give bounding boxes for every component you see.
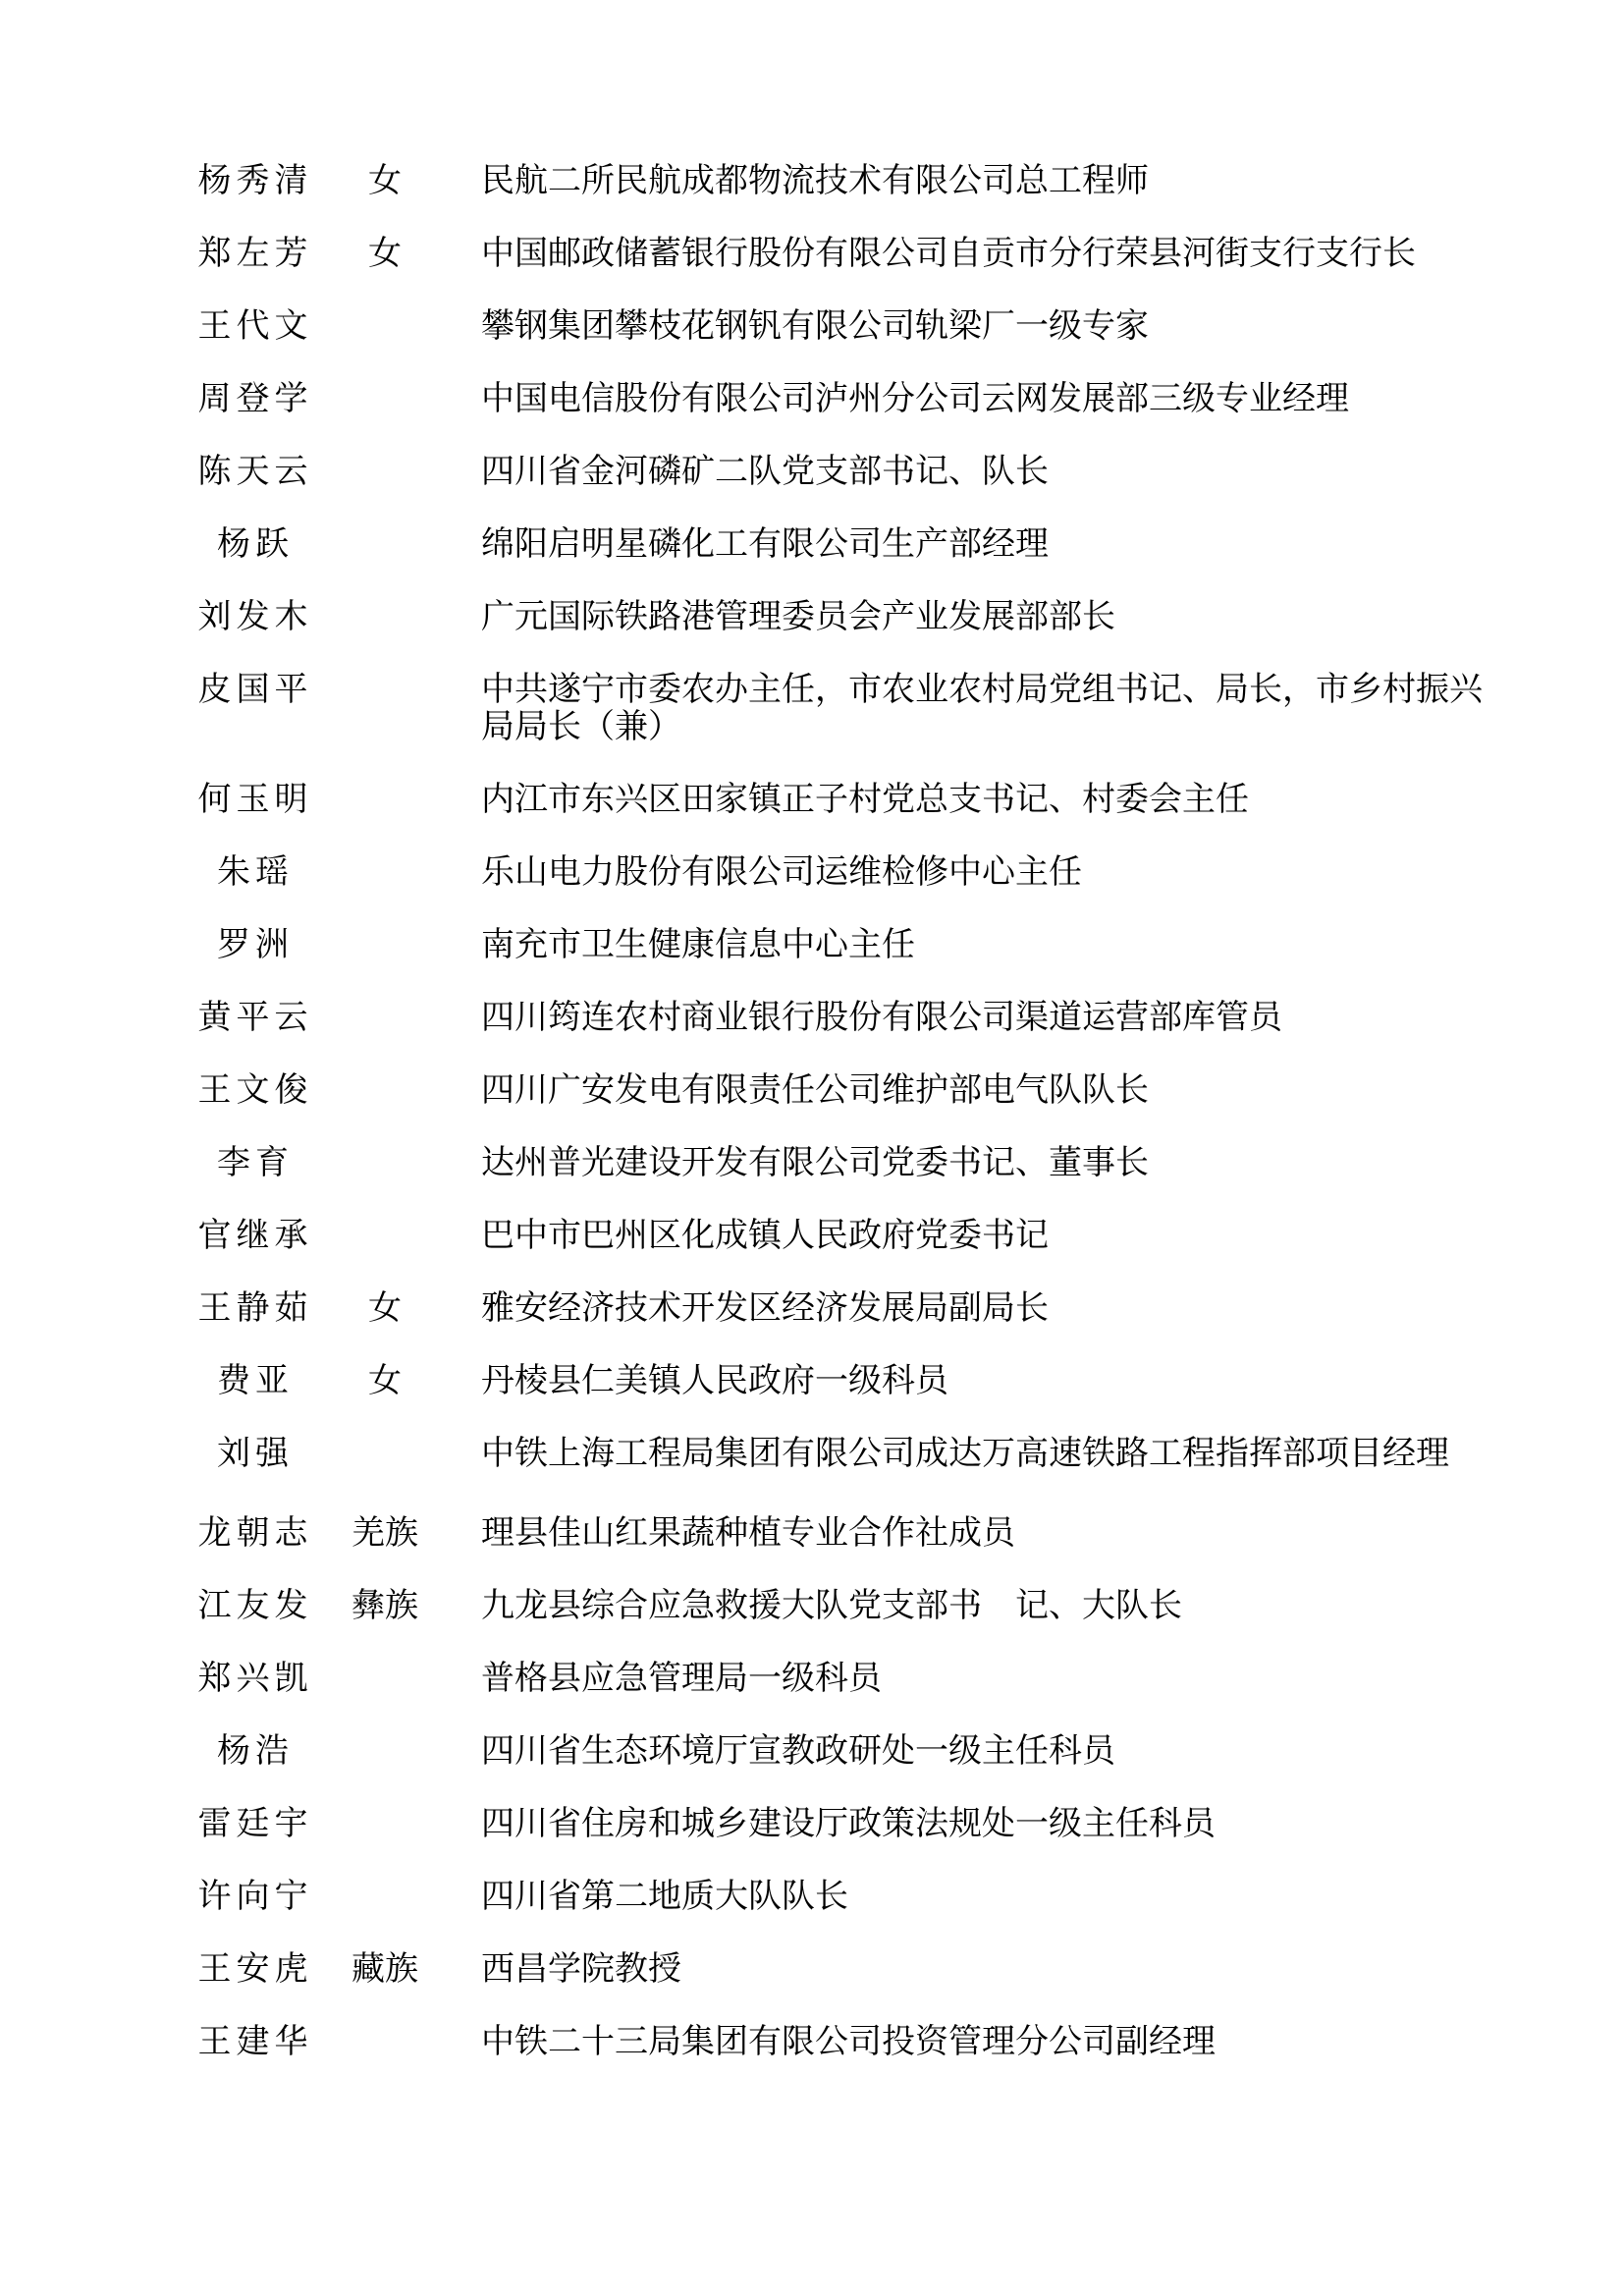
- person-position: 内江市东兴区田家镇正子村党总支书记、村委会主任: [481, 782, 1494, 819]
- roster-row: 费亚 女 丹棱县仁美镇人民政府一级科员: [0, 1363, 1623, 1400]
- roster-row: 朱瑶 乐山电力股份有限公司运维检修中心主任: [0, 854, 1623, 892]
- person-gender-ethnicity: 女: [316, 1290, 454, 1328]
- person-position: 四川省金河磷矿二队党支部书记、队长: [481, 454, 1494, 491]
- person-position: 丹棱县仁美镇人民政府一级科员: [481, 1363, 1494, 1400]
- roster-row: 许向宁 四川省第二地质大队队长: [0, 1879, 1623, 1916]
- person-position: 达州普光建设开发有限公司党委书记、董事长: [481, 1145, 1494, 1182]
- person-name: 雷廷宇: [194, 1806, 316, 1843]
- roster-row: 王建华 中铁二十三局集团有限公司投资管理分公司副经理: [0, 2024, 1623, 2061]
- person-name: 刘强: [194, 1436, 316, 1473]
- person-position: 理县佳山红果蔬种植专业合作社成员: [481, 1515, 1494, 1553]
- roster-row: 何玉明 内江市东兴区田家镇正子村党总支书记、村委会主任: [0, 782, 1623, 819]
- person-name: 刘发木: [194, 599, 316, 636]
- roster-row: 杨跃 绵阳启明星磷化工有限公司生产部经理: [0, 526, 1623, 564]
- person-position: 中国电信股份有限公司泸州分公司云网发展部三级专业经理: [481, 381, 1494, 418]
- person-name: 何玉明: [194, 782, 316, 819]
- person-position: 巴中市巴州区化成镇人民政府党委书记: [481, 1218, 1494, 1255]
- person-name: 罗洲: [194, 927, 316, 964]
- roster-row: 王静茹 女 雅安经济技术开发区经济发展局副局长: [0, 1290, 1623, 1328]
- roster-row: 刘强 中铁上海工程局集团有限公司成达万高速铁路工程指挥部项目经理: [0, 1436, 1623, 1473]
- roster-row: 郑左芳 女 中国邮政储蓄银行股份有限公司自贡市分行荣县河街支行支行长: [0, 236, 1623, 273]
- person-name: 郑左芳: [194, 236, 316, 273]
- person-gender-ethnicity: 彝族: [316, 1588, 454, 1625]
- person-position: 四川广安发电有限责任公司维护部电气队队长: [481, 1072, 1494, 1110]
- person-name: 江友发: [194, 1588, 316, 1625]
- person-name: 王建华: [194, 2024, 316, 2061]
- roster-list: 杨秀清 女 民航二所民航成都物流技术有限公司总工程师 郑左芳 女 中国邮政储蓄银…: [0, 163, 1623, 2061]
- person-gender-ethnicity: 女: [316, 1363, 454, 1400]
- person-gender-ethnicity: 女: [316, 236, 454, 273]
- person-name: 黄平云: [194, 1000, 316, 1037]
- person-position: 四川省生态环境厅宣教政研处一级主任科员: [481, 1733, 1494, 1771]
- person-name: 杨跃: [194, 526, 316, 564]
- person-name: 皮国平: [194, 672, 316, 709]
- person-position: 四川省住房和城乡建设厅政策法规处一级主任科员: [481, 1806, 1494, 1843]
- person-name: 杨浩: [194, 1733, 316, 1771]
- document-page: 杨秀清 女 民航二所民航成都物流技术有限公司总工程师 郑左芳 女 中国邮政储蓄银…: [0, 0, 1623, 2296]
- person-position: 南充市卫生健康信息中心主任: [481, 927, 1494, 964]
- person-position: 攀钢集团攀枝花钢钒有限公司轨梁厂一级专家: [481, 308, 1494, 346]
- person-name: 龙朝志: [194, 1515, 316, 1553]
- person-position: 中共遂宁市委农办主任，市农业农村局党组书记、局长，市乡村振兴局局长（兼）: [481, 672, 1494, 746]
- roster-row: 杨浩 四川省生态环境厅宣教政研处一级主任科员: [0, 1733, 1623, 1771]
- person-name: 费亚: [194, 1363, 316, 1400]
- person-name: 杨秀清: [194, 163, 316, 200]
- person-name: 王静茹: [194, 1290, 316, 1328]
- roster-row: 黄平云 四川筠连农村商业银行股份有限公司渠道运营部库管员: [0, 1000, 1623, 1037]
- person-position: 中铁二十三局集团有限公司投资管理分公司副经理: [481, 2024, 1494, 2061]
- person-position: 九龙县综合应急救援大队党支部书 记、大队长: [481, 1588, 1494, 1625]
- person-gender-ethnicity: 女: [316, 163, 454, 200]
- person-name: 陈天云: [194, 454, 316, 491]
- roster-row: 王代文 攀钢集团攀枝花钢钒有限公司轨梁厂一级专家: [0, 308, 1623, 346]
- person-gender-ethnicity: 藏族: [316, 1951, 454, 1989]
- person-position: 绵阳启明星磷化工有限公司生产部经理: [481, 526, 1494, 564]
- roster-row: 陈天云 四川省金河磷矿二队党支部书记、队长: [0, 454, 1623, 491]
- person-name: 周登学: [194, 381, 316, 418]
- person-name: 官继承: [194, 1218, 316, 1255]
- roster-row: 官继承 巴中市巴州区化成镇人民政府党委书记: [0, 1218, 1623, 1255]
- person-position: 乐山电力股份有限公司运维检修中心主任: [481, 854, 1494, 892]
- person-name: 李育: [194, 1145, 316, 1182]
- person-name: 王代文: [194, 308, 316, 346]
- person-name: 王文俊: [194, 1072, 316, 1110]
- person-position: 西昌学院教授: [481, 1951, 1494, 1989]
- roster-row: 刘发木 广元国际铁路港管理委员会产业发展部部长: [0, 599, 1623, 636]
- person-name: 郑兴凯: [194, 1661, 316, 1698]
- roster-row: 皮国平 中共遂宁市委农办主任，市农业农村局党组书记、局长，市乡村振兴局局长（兼）: [0, 672, 1623, 746]
- person-position: 民航二所民航成都物流技术有限公司总工程师: [481, 163, 1494, 200]
- roster-row: 雷廷宇 四川省住房和城乡建设厅政策法规处一级主任科员: [0, 1806, 1623, 1843]
- roster-row: 龙朝志 羌族 理县佳山红果蔬种植专业合作社成员: [0, 1515, 1623, 1553]
- roster-row: 王文俊 四川广安发电有限责任公司维护部电气队队长: [0, 1072, 1623, 1110]
- person-position: 四川筠连农村商业银行股份有限公司渠道运营部库管员: [481, 1000, 1494, 1037]
- person-position: 中铁上海工程局集团有限公司成达万高速铁路工程指挥部项目经理: [481, 1436, 1494, 1473]
- person-position: 雅安经济技术开发区经济发展局副局长: [481, 1290, 1494, 1328]
- roster-row: 杨秀清 女 民航二所民航成都物流技术有限公司总工程师: [0, 163, 1623, 200]
- roster-row: 郑兴凯 普格县应急管理局一级科员: [0, 1661, 1623, 1698]
- person-name: 朱瑶: [194, 854, 316, 892]
- roster-row: 周登学 中国电信股份有限公司泸州分公司云网发展部三级专业经理: [0, 381, 1623, 418]
- person-position: 广元国际铁路港管理委员会产业发展部部长: [481, 599, 1494, 636]
- person-position: 四川省第二地质大队队长: [481, 1879, 1494, 1916]
- person-gender-ethnicity: 羌族: [316, 1515, 454, 1553]
- person-name: 许向宁: [194, 1879, 316, 1916]
- roster-row: 江友发 彝族 九龙县综合应急救援大队党支部书 记、大队长: [0, 1588, 1623, 1625]
- person-position: 普格县应急管理局一级科员: [481, 1661, 1494, 1698]
- roster-row: 李育 达州普光建设开发有限公司党委书记、董事长: [0, 1145, 1623, 1182]
- person-position: 中国邮政储蓄银行股份有限公司自贡市分行荣县河街支行支行长: [481, 236, 1494, 273]
- person-name: 王安虎: [194, 1951, 316, 1989]
- roster-row: 王安虎 藏族 西昌学院教授: [0, 1951, 1623, 1989]
- roster-row: 罗洲 南充市卫生健康信息中心主任: [0, 927, 1623, 964]
